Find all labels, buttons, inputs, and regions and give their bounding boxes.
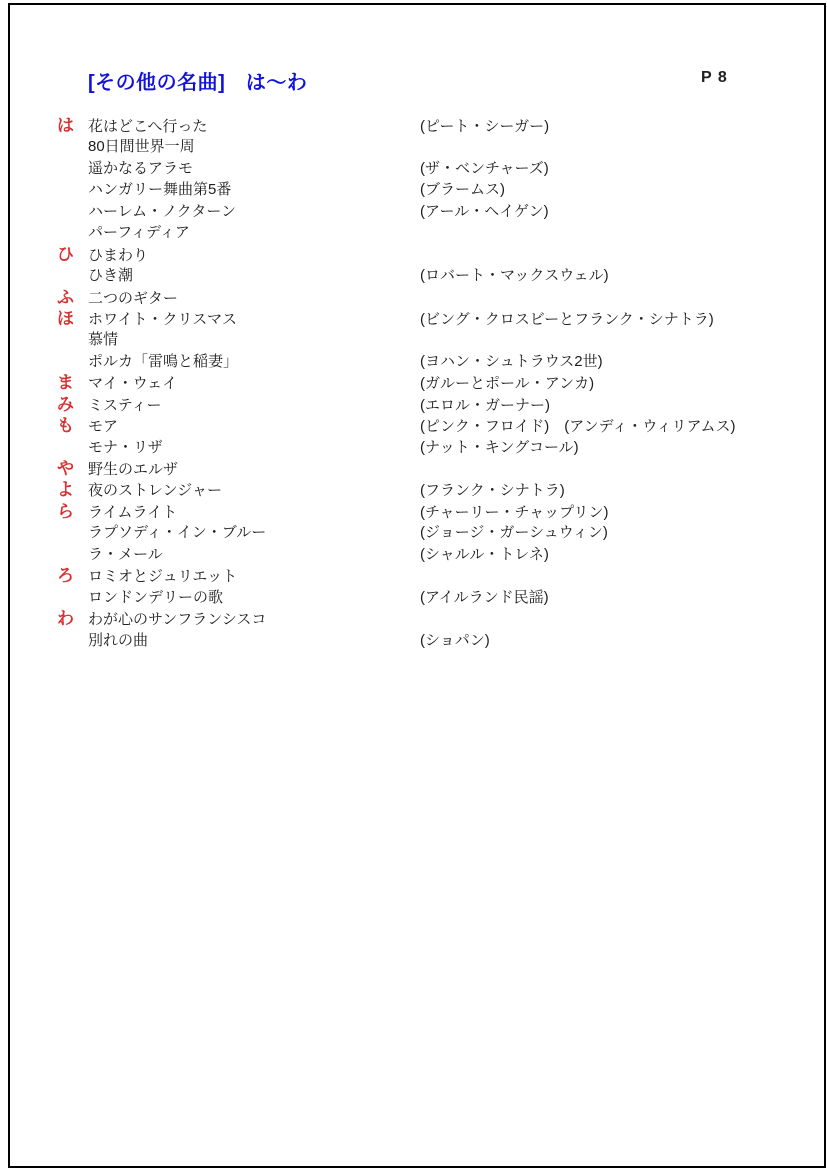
song-title: マイ・ウェイ — [88, 373, 420, 394]
song-row: まマイ・ウェイ(ガルーとポール・アンカ) — [0, 372, 827, 393]
kana-index-label: わ — [57, 608, 88, 629]
song-row: は花はどこへ行った(ピート・シーガー) — [0, 115, 827, 136]
kana-index-label: ふ — [57, 287, 88, 308]
song-artist: (ジョージ・ガーシュウィン) — [420, 522, 608, 543]
song-title: ホワイト・クリスマス — [88, 309, 420, 330]
song-artist: (ピート・シーガー) — [420, 116, 549, 137]
song-artist: (ロバート・マックスウェル) — [420, 265, 609, 286]
song-artist: (ガルーとポール・アンカ) — [420, 373, 594, 394]
song-artist: (フランク・シナトラ) — [420, 480, 565, 501]
song-row: ポルカ「雷鳴と稲妻」(ヨハン・シュトラウス2世) — [0, 351, 827, 372]
song-row: ハーレム・ノクターン(アール・ヘイゲン) — [0, 201, 827, 222]
song-artist: (シャルル・トレネ) — [420, 544, 549, 565]
song-row: もモア(ピンク・フロイド) (アンディ・ウィリアムス) — [0, 415, 827, 436]
kana-index-label: ま — [57, 372, 88, 393]
song-title: 花はどこへ行った — [88, 116, 420, 137]
song-title: 遥かなるアラモ — [88, 158, 420, 179]
song-row: ハンガリー舞曲第5番(ブラームス) — [0, 179, 827, 200]
song-title: モナ・リザ — [88, 437, 420, 458]
song-row: ラプソディ・イン・ブルー(ジョージ・ガーシュウィン) — [0, 522, 827, 543]
song-title: モア — [88, 416, 420, 437]
kana-index-label: ら — [57, 501, 88, 522]
page-title: [その他の名曲] は〜わ — [88, 66, 307, 95]
song-row: 遥かなるアラモ(ザ・ベンチャーズ) — [0, 158, 827, 179]
song-row: や野生のエルザ — [0, 458, 827, 479]
song-title: 二つのギター — [88, 288, 420, 309]
song-title: 夜のストレンジャー — [88, 480, 420, 501]
song-row: ロンドンデリーの歌(アイルランド民謡) — [0, 587, 827, 608]
song-title: ライムライト — [88, 502, 420, 523]
song-title: 別れの曲 — [88, 630, 420, 651]
song-title: ミスティー — [88, 395, 420, 416]
kana-index-label: も — [57, 415, 88, 436]
song-artist: (ザ・ベンチャーズ) — [420, 158, 549, 179]
kana-index-label: や — [57, 458, 88, 479]
kana-index-label: は — [57, 115, 88, 136]
page: { "header": { "title": "[その他の名曲] は〜わ", "… — [0, 0, 827, 1169]
kana-index-label: ろ — [57, 565, 88, 586]
song-artist: (エロル・ガーナー) — [420, 395, 550, 416]
song-row: 別れの曲(ショパン) — [0, 630, 827, 651]
song-row: ほホワイト・クリスマス(ビング・クロスビーとフランク・シナトラ) — [0, 308, 827, 329]
song-row: モナ・リザ(ナット・キングコール) — [0, 437, 827, 458]
song-artist: (アール・ヘイゲン) — [420, 201, 549, 222]
song-row: 慕情 — [0, 329, 827, 350]
song-artist: (チャーリー・チャップリン) — [420, 502, 609, 523]
song-title: パーフィディア — [88, 222, 420, 243]
song-row: ろロミオとジュリエット — [0, 565, 827, 586]
song-row: パーフィディア — [0, 222, 827, 243]
song-title: ラプソディ・イン・ブルー — [88, 522, 420, 543]
song-artist: (ショパン) — [420, 630, 490, 651]
song-row: ひき潮(ロバート・マックスウェル) — [0, 265, 827, 286]
song-artist: (ビング・クロスビーとフランク・シナトラ) — [420, 309, 714, 330]
song-title: ロミオとジュリエット — [88, 566, 420, 587]
song-artist: (アイルランド民謡) — [420, 587, 549, 608]
kana-index-label: ほ — [57, 308, 88, 329]
song-artist: (ナット・キングコール) — [420, 437, 579, 458]
song-row: 80日間世界一周 — [0, 136, 827, 157]
kana-index-label: み — [57, 394, 88, 415]
song-title: 80日間世界一周 — [88, 136, 420, 157]
page-number: P 8 — [701, 69, 728, 87]
song-title: ハンガリー舞曲第5番 — [88, 179, 420, 200]
song-row: ふ二つのギター — [0, 287, 827, 308]
song-artist: (ピンク・フロイド) (アンディ・ウィリアムス) — [420, 416, 735, 437]
song-artist: (ブラームス) — [420, 179, 505, 200]
kana-index-label: よ — [57, 479, 88, 500]
song-row: みミスティー(エロル・ガーナー) — [0, 394, 827, 415]
song-title: ラ・メール — [88, 544, 420, 565]
kana-index-label: ひ — [57, 244, 88, 265]
song-title: ひき潮 — [88, 265, 420, 286]
song-title: わが心のサンフランシスコ — [88, 609, 420, 630]
song-row: らライムライト(チャーリー・チャップリン) — [0, 501, 827, 522]
song-title: ひまわり — [88, 245, 420, 266]
song-row: ラ・メール(シャルル・トレネ) — [0, 544, 827, 565]
song-list: は花はどこへ行った(ピート・シーガー)80日間世界一周遥かなるアラモ(ザ・ベンチ… — [0, 115, 827, 651]
song-title: 慕情 — [88, 329, 420, 350]
song-row: よ夜のストレンジャー(フランク・シナトラ) — [0, 479, 827, 500]
song-row: わわが心のサンフランシスコ — [0, 608, 827, 629]
song-artist: (ヨハン・シュトラウス2世) — [420, 351, 603, 372]
song-title: ポルカ「雷鳴と稲妻」 — [88, 351, 420, 372]
song-row: ひひまわり — [0, 244, 827, 265]
song-title: ハーレム・ノクターン — [88, 201, 420, 222]
song-title: ロンドンデリーの歌 — [88, 587, 420, 608]
song-title: 野生のエルザ — [88, 459, 420, 480]
